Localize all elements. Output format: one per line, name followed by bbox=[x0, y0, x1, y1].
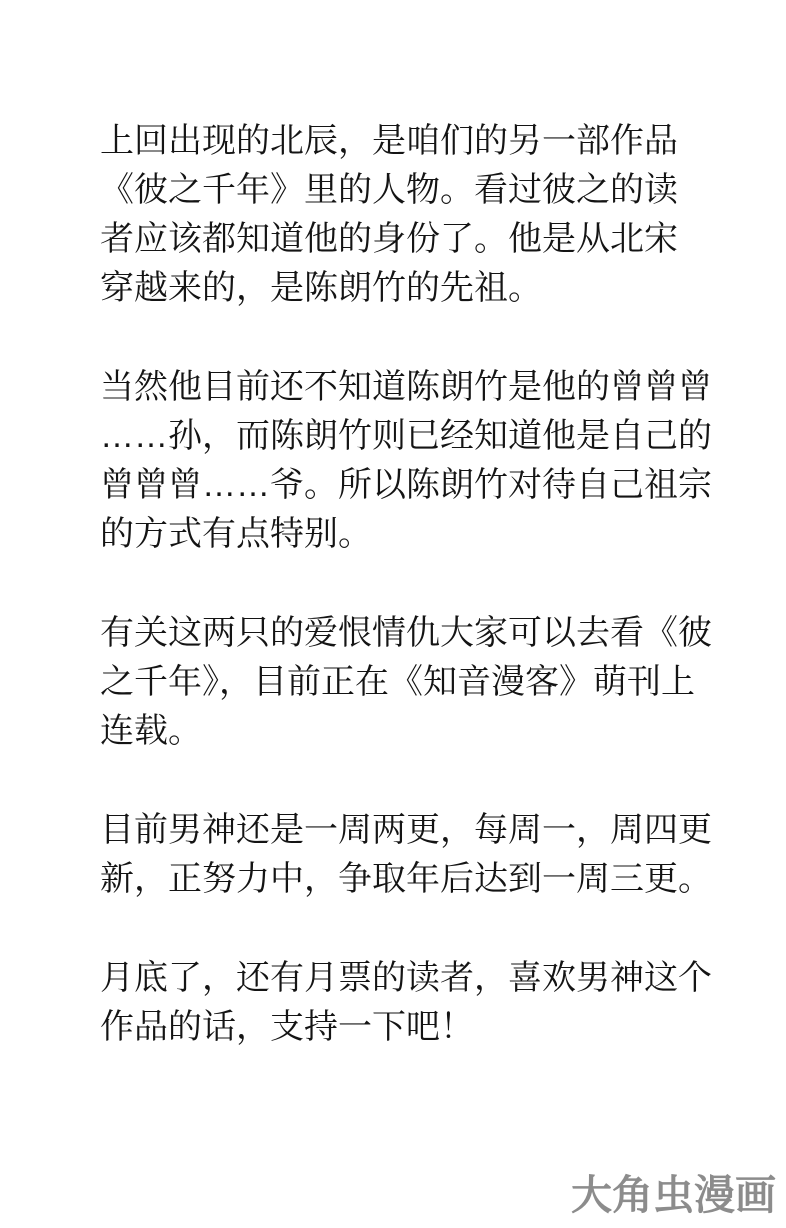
text-line: 上回出现的北辰，是咱们的另一部作品 bbox=[100, 117, 720, 166]
dajiaochong-manhua-watermark-logo: 大角虫漫画 bbox=[571, 1175, 776, 1216]
paragraph: 上回出现的北辰，是咱们的另一部作品《彼之千年》里的人物。看过彼之的读者应该都知道… bbox=[100, 117, 720, 313]
afterword-page: 上回出现的北辰，是咱们的另一部作品《彼之千年》里的人物。看过彼之的读者应该都知道… bbox=[0, 0, 786, 1228]
paragraph: 月底了，还有月票的读者，喜欢男神这个作品的话，支持一下吧！ bbox=[100, 954, 720, 1052]
text-line: 曾曾曾……爷。所以陈朗竹对待自己祖宗 bbox=[100, 461, 720, 510]
text-line: 有关这两只的爱恨情仇大家可以去看《彼 bbox=[100, 609, 720, 658]
text-line: 穿越来的，是陈朗竹的先祖。 bbox=[100, 264, 720, 313]
text-line: 的方式有点特别。 bbox=[100, 510, 720, 559]
paragraph: 当然他目前还不知道陈朗竹是他的曾曾曾……孙，而陈朗竹则已经知道他是自己的曾曾曾…… bbox=[100, 363, 720, 559]
text-line: ……孙，而陈朗竹则已经知道他是自己的 bbox=[100, 412, 720, 461]
paragraphs: 上回出现的北辰，是咱们的另一部作品《彼之千年》里的人物。看过彼之的读者应该都知道… bbox=[100, 117, 720, 1052]
text-line: 新，正努力中，争取年后达到一周三更。 bbox=[100, 855, 720, 904]
paragraph: 有关这两只的爱恨情仇大家可以去看《彼之千年》，目前正在《知音漫客》萌刊上连载。 bbox=[100, 609, 720, 756]
text-line: 作品的话，支持一下吧！ bbox=[100, 1003, 720, 1052]
text-line: 当然他目前还不知道陈朗竹是他的曾曾曾 bbox=[100, 363, 720, 412]
text-line: 月底了，还有月票的读者，喜欢男神这个 bbox=[100, 954, 720, 1003]
text-line: 《彼之千年》里的人物。看过彼之的读 bbox=[100, 166, 720, 215]
text-line: 者应该都知道他的身份了。他是从北宋 bbox=[100, 215, 720, 264]
text-line: 目前男神还是一周两更，每周一，周四更 bbox=[100, 806, 720, 855]
text-line: 连载。 bbox=[100, 707, 720, 756]
paragraph: 目前男神还是一周两更，每周一，周四更新，正努力中，争取年后达到一周三更。 bbox=[100, 806, 720, 904]
text-line: 之千年》，目前正在《知音漫客》萌刊上 bbox=[100, 658, 720, 707]
